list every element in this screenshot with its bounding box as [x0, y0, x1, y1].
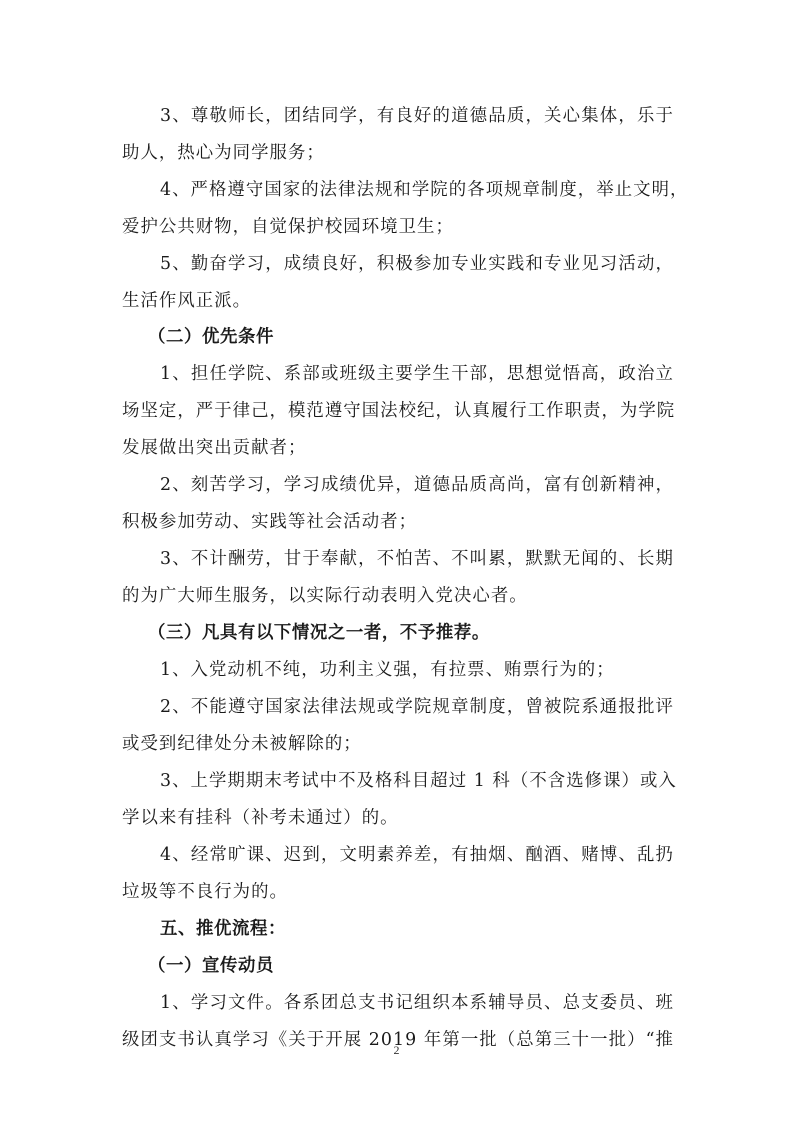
paragraph-line: 积极参加劳动、实践等社会活动者； — [122, 511, 674, 533]
paragraph-line: 场坚定，严于律己，模范遵守国法校纪，认真履行工作职责，为学院 — [122, 400, 674, 422]
paragraph-line: 1、学习文件。各系团总支书记组织本系辅导员、总支委员、班 — [160, 992, 674, 1014]
paragraph-line: 发展做出突出贡献者； — [122, 437, 674, 459]
paragraph-line: 生活作风正派。 — [122, 290, 674, 312]
paragraph-line: 垃圾等不良行为的。 — [122, 881, 674, 903]
paragraph-line: 的为广大师生服务，以实际行动表明入党决心者。 — [122, 585, 674, 607]
paragraph-line: 4、严格遵守国家的法律法规和学院的各项规章制度，举止文明， — [160, 179, 674, 201]
section-heading-priority-conditions: （二）优先条件 — [148, 326, 700, 348]
paragraph-line: 5、勤奋学习，成绩良好，积极参加专业实践和专业见习活动， — [160, 253, 674, 275]
paragraph-line: 4、经常旷课、迟到，文明素养差，有抽烟、酗酒、赌博、乱扔 — [160, 844, 674, 866]
paragraph-line: 2、不能遵守国家法律法规或学院规章制度，曾被院系通报批评 — [160, 696, 674, 718]
paragraph-line: 3、尊敬师长，团结同学，有良好的道德品质，关心集体，乐于 — [160, 105, 674, 127]
paragraph-line: 3、不计酬劳，甘于奉献，不怕苦、不叫累，默默无闻的、长期 — [160, 548, 674, 570]
paragraph-line: 学以来有挂科（补考未通过）的。 — [122, 807, 674, 829]
document-page: 3、尊敬师长，团结同学，有良好的道德品质，关心集体，乐于 助人，热心为同学服务；… — [0, 0, 793, 1122]
paragraph-line: 助人，热心为同学服务； — [122, 142, 674, 164]
section-heading-process: 五、推优流程： — [160, 918, 674, 940]
paragraph-line: 2、刻苦学习，学习成绩优异，道德品质高尚，富有创新精神， — [160, 474, 674, 496]
paragraph-line: 爱护公共财物，自觉保护校园环境卫生； — [122, 216, 674, 238]
paragraph-line: 1、入党动机不纯，功利主义强，有拉票、贿票行为的； — [160, 659, 674, 681]
subsection-heading-publicity: （一）宣传动员 — [148, 955, 700, 977]
paragraph-line: 3、上学期期末考试中不及格科目超过 1 科（不含选修课）或入 — [160, 770, 674, 792]
paragraph-line: 1、担任学院、系部或班级主要学生干部，思想觉悟高，政治立 — [160, 363, 674, 385]
paragraph-line: 或受到纪律处分未被解除的； — [122, 733, 674, 755]
section-heading-disqualifications: （三）凡具有以下情况之一者，不予推荐。 — [148, 622, 700, 644]
page-number: 2 — [0, 1043, 793, 1058]
